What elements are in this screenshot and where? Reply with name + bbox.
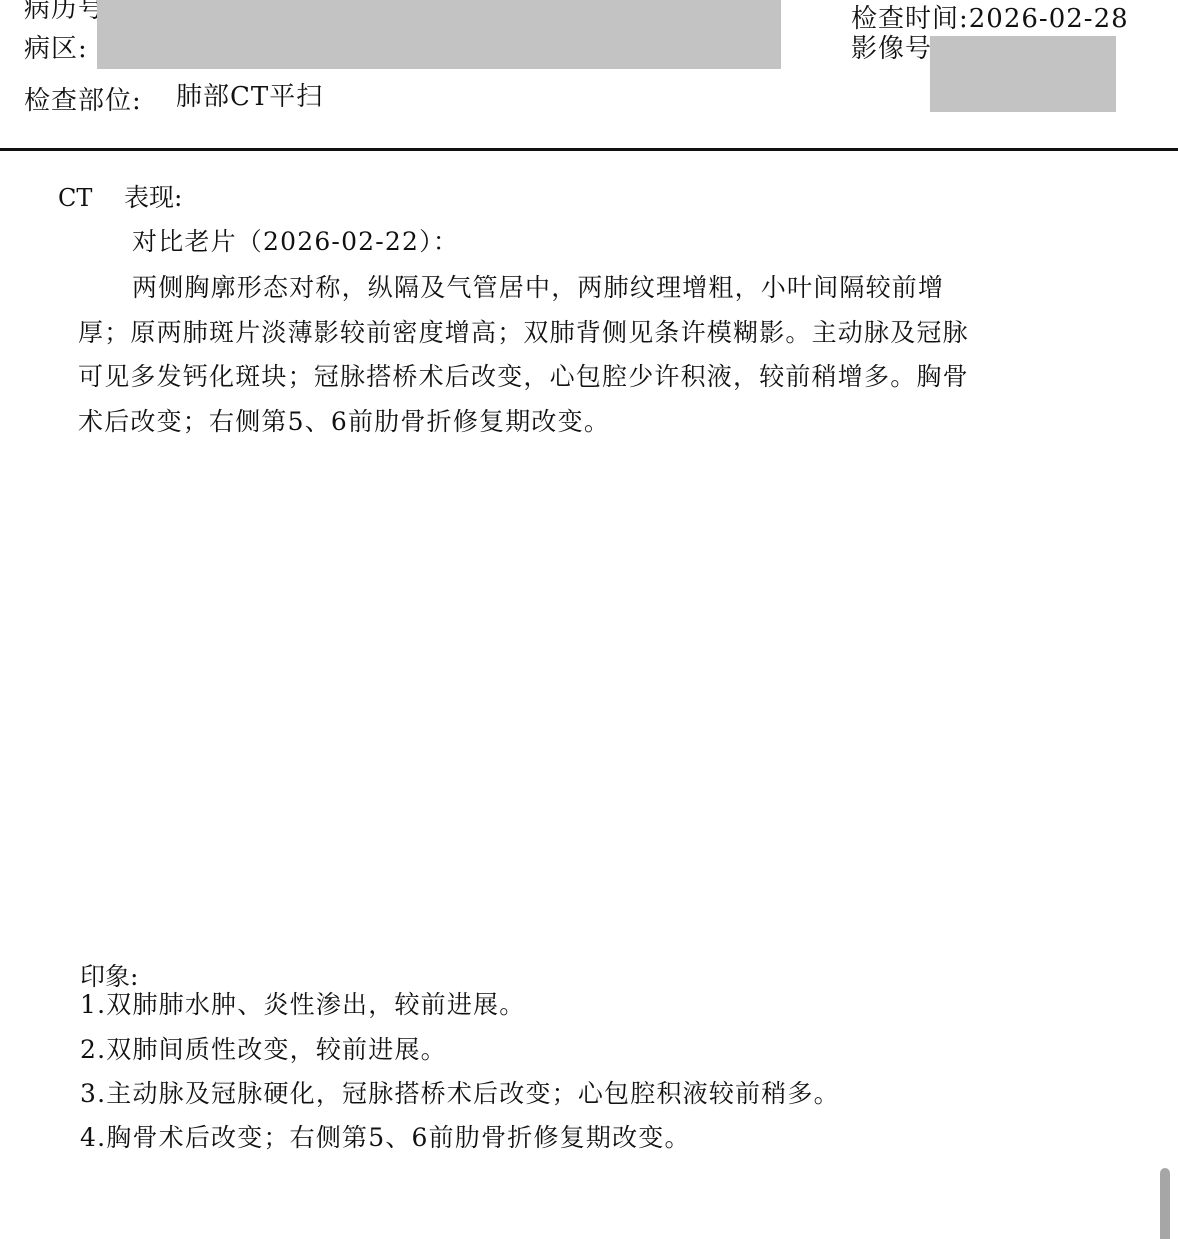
- exam-time-value: 2026-02-28: [969, 4, 1129, 34]
- impression-item: 4.胸骨术后改变；右侧第5、6前肋骨折修复期改变。: [80, 1115, 691, 1160]
- findings-line: 可见多发钙化斑块；冠脉搭桥术后改变，心包腔少许积液，较前稍增多。胸骨: [78, 354, 969, 399]
- findings-prefix: CT: [58, 184, 92, 212]
- findings-title: 表现:: [124, 178, 182, 214]
- header-divider: [0, 148, 1178, 151]
- record-number-label: 病历号: [24, 0, 105, 24]
- findings-line: 术后改变；右侧第5、6前肋骨折修复期改变。: [78, 399, 610, 444]
- exam-time-label: 检查时间:: [851, 4, 969, 34]
- impression-item: 2.双肺间质性改变，较前进展。: [80, 1027, 447, 1072]
- findings-line: 两侧胸廓形态对称，纵隔及气管居中，两肺纹理增粗，小叶间隔较前增: [132, 265, 944, 310]
- exam-site-value: 肺部CT平扫: [176, 82, 323, 112]
- redacted-record-ward: [97, 0, 781, 69]
- impression-item: 3.主动脉及冠脉硬化，冠脉搭桥术后改变；心包腔积液较前稍多。: [80, 1071, 840, 1116]
- findings-line: 厚；原两肺斑片淡薄影较前密度增高；双肺背侧见条许模糊影。主动脉及冠脉: [78, 310, 969, 355]
- redacted-image-number: [930, 36, 1116, 112]
- vertical-scrollbar[interactable]: [1160, 1168, 1170, 1239]
- exam-site-label: 检查部位:: [24, 86, 142, 116]
- exam-time: 检查时间:2026-02-28: [851, 4, 1129, 34]
- ward-label: 病区:: [24, 34, 88, 64]
- impression-item: 1.双肺肺水肿、炎性渗出，较前进展。: [80, 982, 525, 1027]
- findings-comparison: 对比老片（2026-02-22）：: [132, 219, 459, 264]
- image-number-label: 影像号: [851, 34, 932, 64]
